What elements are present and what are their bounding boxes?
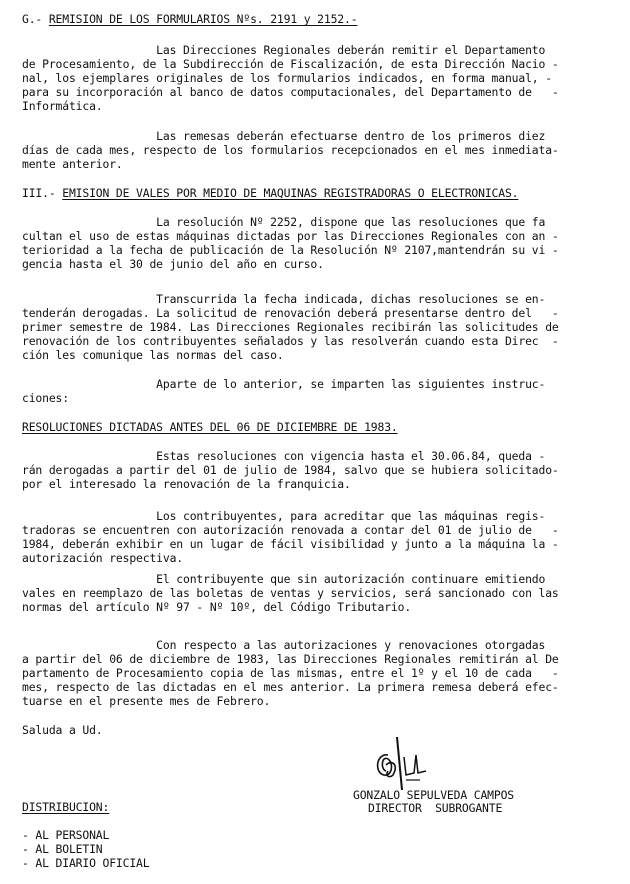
text-line: El contribuyente que sin autorización co… (22, 573, 545, 586)
section-iii-prefix: III.- (22, 186, 62, 200)
distribution-heading: DISTRIBUCION: (22, 801, 109, 814)
section-g-heading: G.- REMISION DE LOS FORMULARIOS Nºs. 219… (22, 13, 357, 26)
text-line: tradoras se encuentren con autorización … (22, 524, 559, 537)
text-line: partamento de Procesamiento copia de las… (22, 667, 559, 680)
distribution-item: - AL PERSONAL (22, 829, 109, 842)
text-line: mente anterior. (22, 158, 123, 171)
text-line: terioridad a la fecha de publicación de … (22, 244, 559, 257)
text-line: rán derogadas a partir del 01 de julio d… (22, 464, 559, 477)
text-line: nal, los ejemplares originales de los fo… (22, 72, 552, 85)
text-line: Las Direcciones Regionales deberán remit… (22, 44, 545, 57)
text-line: ciones: (22, 392, 69, 405)
text-line: ción les comunique las normas del caso. (22, 349, 284, 362)
text-line: Transcurrida la fecha indicada, dichas r… (22, 293, 545, 306)
text-line: 1984, deberán exhibir en un lugar de fác… (22, 538, 559, 551)
text-line: vales en reemplazo de las boletas de ven… (22, 587, 559, 600)
text-line: Estas resoluciones con vigencia hasta el… (22, 450, 545, 463)
closing-salutation: Saluda a Ud. (22, 724, 103, 737)
text-line: primer semestre de 1984. Las Direcciones… (22, 321, 559, 334)
text-line: cultan el uso de estas máquinas dictadas… (22, 230, 559, 243)
section-g-prefix: G.- (22, 12, 49, 26)
text-line: Los contribuyentes, para acreditar que l… (22, 510, 545, 523)
text-line: La resolución Nº 2252, dispone que las r… (22, 216, 545, 229)
section-iii-title: EMISION DE VALES POR MEDIO DE MAQUINAS R… (62, 186, 518, 200)
section-iii-heading: III.- EMISION DE VALES POR MEDIO DE MAQU… (22, 187, 518, 200)
text-line: renovación de los contribuyentes señalad… (22, 335, 559, 348)
text-line: gencia hasta el 30 de junio del año en c… (22, 258, 324, 271)
text-line: mes, respecto de las dictadas en el mes … (22, 681, 559, 694)
text-line: tenderán derogadas. La solicitud de reno… (22, 307, 559, 320)
text-line: Informática. (22, 100, 103, 113)
text-line: normas del artículo Nº 97 - Nº 10º, del … (22, 601, 411, 614)
distribution-item: - AL BOLETIN (22, 843, 103, 856)
distribution-item: - AL DIARIO OFICIAL (22, 857, 149, 870)
text-line: de Procesamiento, de la Subdirección de … (22, 58, 559, 71)
text-line: a partir del 06 de diciembre de 1983, la… (22, 653, 559, 666)
text-line: para su incorporación al banco de datos … (22, 86, 559, 99)
signature-scribble-icon (370, 735, 440, 790)
subsection-heading: RESOLUCIONES DICTADAS ANTES DEL 06 DE DI… (22, 421, 398, 434)
text-line: autorización respectiva. (22, 552, 183, 565)
section-g-title: REMISION DE LOS FORMULARIOS Nºs. 2191 y … (49, 12, 358, 26)
text-line: días de cada mes, respecto de los formul… (22, 144, 559, 157)
text-line: tuarse en el presente mes de Febrero. (22, 695, 270, 708)
text-line: por el interesado la renovación de la fr… (22, 478, 351, 491)
text-line: Con respecto a las autorizaciones y reno… (22, 639, 545, 652)
text-line: Aparte de lo anterior, se imparten las s… (22, 378, 545, 391)
signatory-title: DIRECTOR SUBROGANTE (368, 802, 502, 815)
text-line: Las remesas deberán efectuarse dentro de… (22, 130, 545, 143)
